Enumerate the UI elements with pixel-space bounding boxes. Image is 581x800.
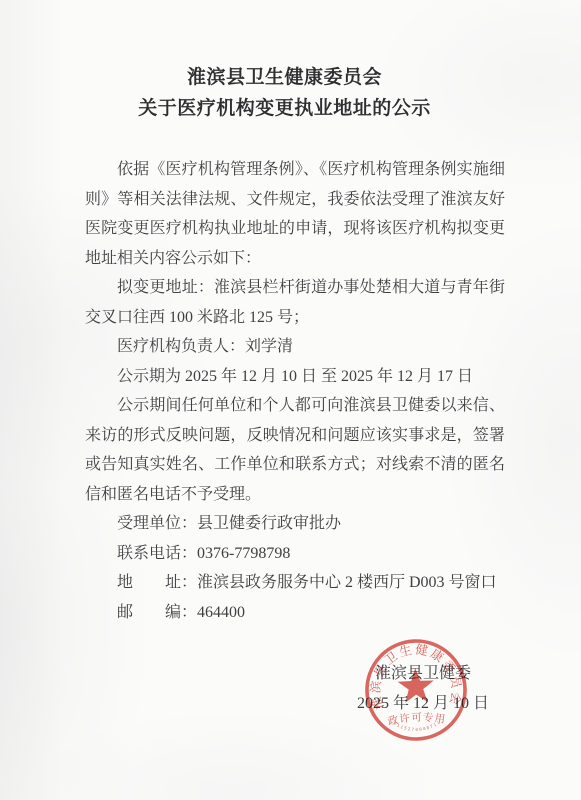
line-office-address: 地 址：淮滨县政务服务中心 2 楼西厅 D003 号窗口: [85, 568, 505, 598]
official-red-seal: 淮滨县卫生健康委员会 行政许可专用章 4115270008711: [344, 618, 489, 763]
document-title: 淮滨县卫生健康委员会 关于医疗机构变更执业地址的公示: [64, 62, 505, 124]
line-accepting-unit: 受理单位：县卫健委行政审批办: [85, 509, 505, 539]
seal-star-icon: [397, 667, 434, 703]
paragraph-publicity-period: 公示期为 2025 年 12 月 10 日 至 2025 年 12 月 17 日: [85, 362, 505, 392]
paragraph-new-address: 拟变更地址：淮滨县栏杆街道办事处楚相大道与青年街交叉口往西 100 米路北 12…: [85, 273, 505, 332]
title-line-subject: 关于医疗机构变更执业地址的公示: [64, 93, 505, 124]
scanned-notice-page: 淮滨县卫生健康委员会 关于医疗机构变更执业地址的公示 依据《医疗机构管理条例》、…: [0, 0, 581, 800]
paragraph-feedback-rules: 公示期间任何单位和个人都可向淮滨县卫健委以来信、来访的形式反映问题，反映情况和问…: [85, 391, 505, 509]
paragraph-person-in-charge: 医疗机构负责人：刘学清: [85, 332, 505, 362]
title-line-org: 淮滨县卫生健康委员会: [64, 62, 505, 93]
line-contact-phone: 联系电话：0376-7798798: [85, 539, 505, 569]
document-body: 依据《医疗机构管理条例》、《医疗机构管理条例实施细则》等相关法律法规、文件规定，…: [85, 155, 505, 627]
seal-bottom-text: 行政许可专用章: [344, 618, 448, 730]
paragraph-legal-basis: 依据《医疗机构管理条例》、《医疗机构管理条例实施细则》等相关法律法规、文件规定，…: [85, 155, 505, 273]
